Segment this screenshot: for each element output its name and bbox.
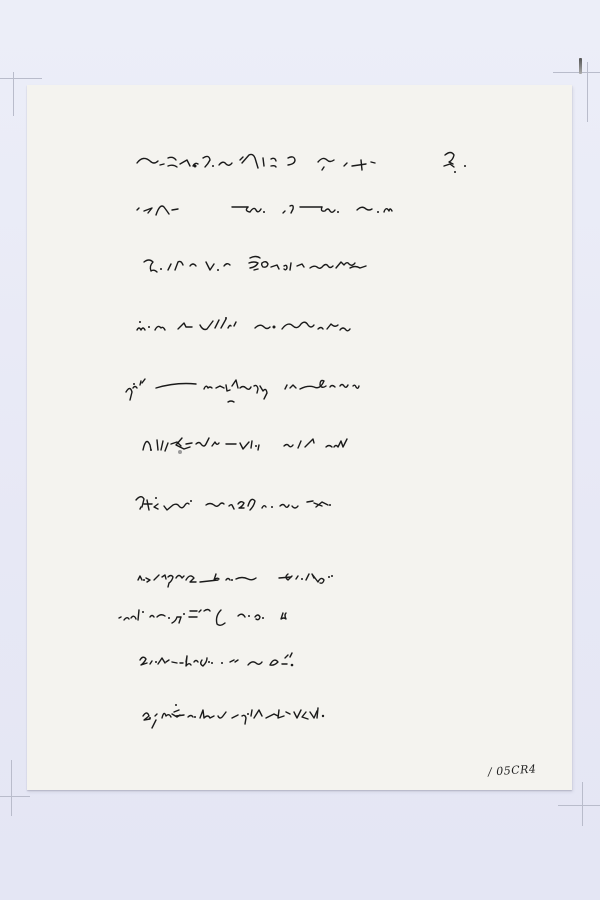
asemic-line-7 [136,497,331,510]
asemic-line-9 [119,610,286,626]
asemic-line-5 [126,379,359,402]
asemic-line-6 [143,438,347,454]
asemic-line-11 [143,704,324,728]
asemic-line-2 [137,205,392,215]
asemic-line-4 [137,317,350,331]
asemic-line-1 [137,153,466,174]
backdrop: / 05CR4 [0,0,600,900]
asemic-line-8 [138,574,333,587]
asemic-line-3 [144,257,366,273]
asemic-line-10 [140,653,293,666]
